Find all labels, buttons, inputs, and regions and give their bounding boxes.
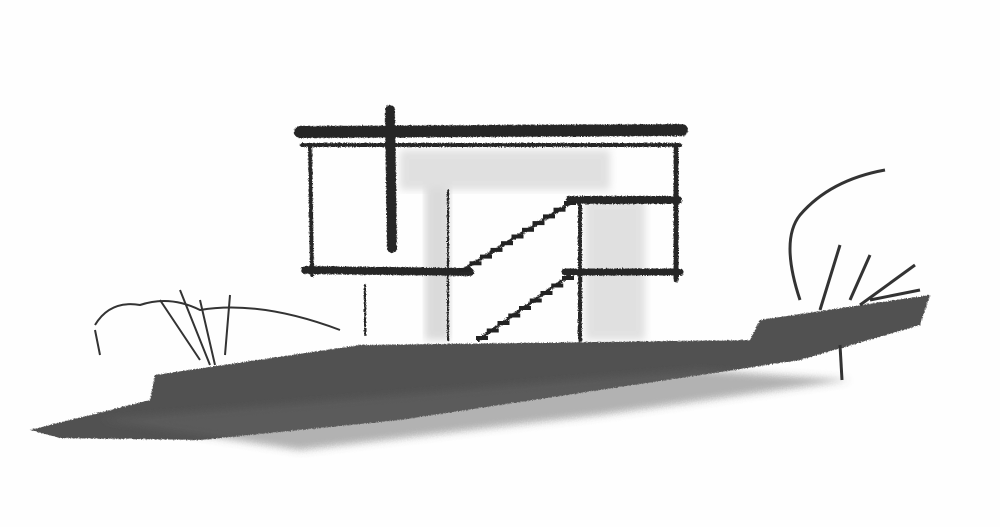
interior-shading — [400, 150, 645, 340]
ground — [30, 295, 930, 450]
house-sketch — [0, 0, 1000, 527]
stair-treads — [459, 203, 576, 338]
sketch-canvas — [0, 0, 1000, 527]
